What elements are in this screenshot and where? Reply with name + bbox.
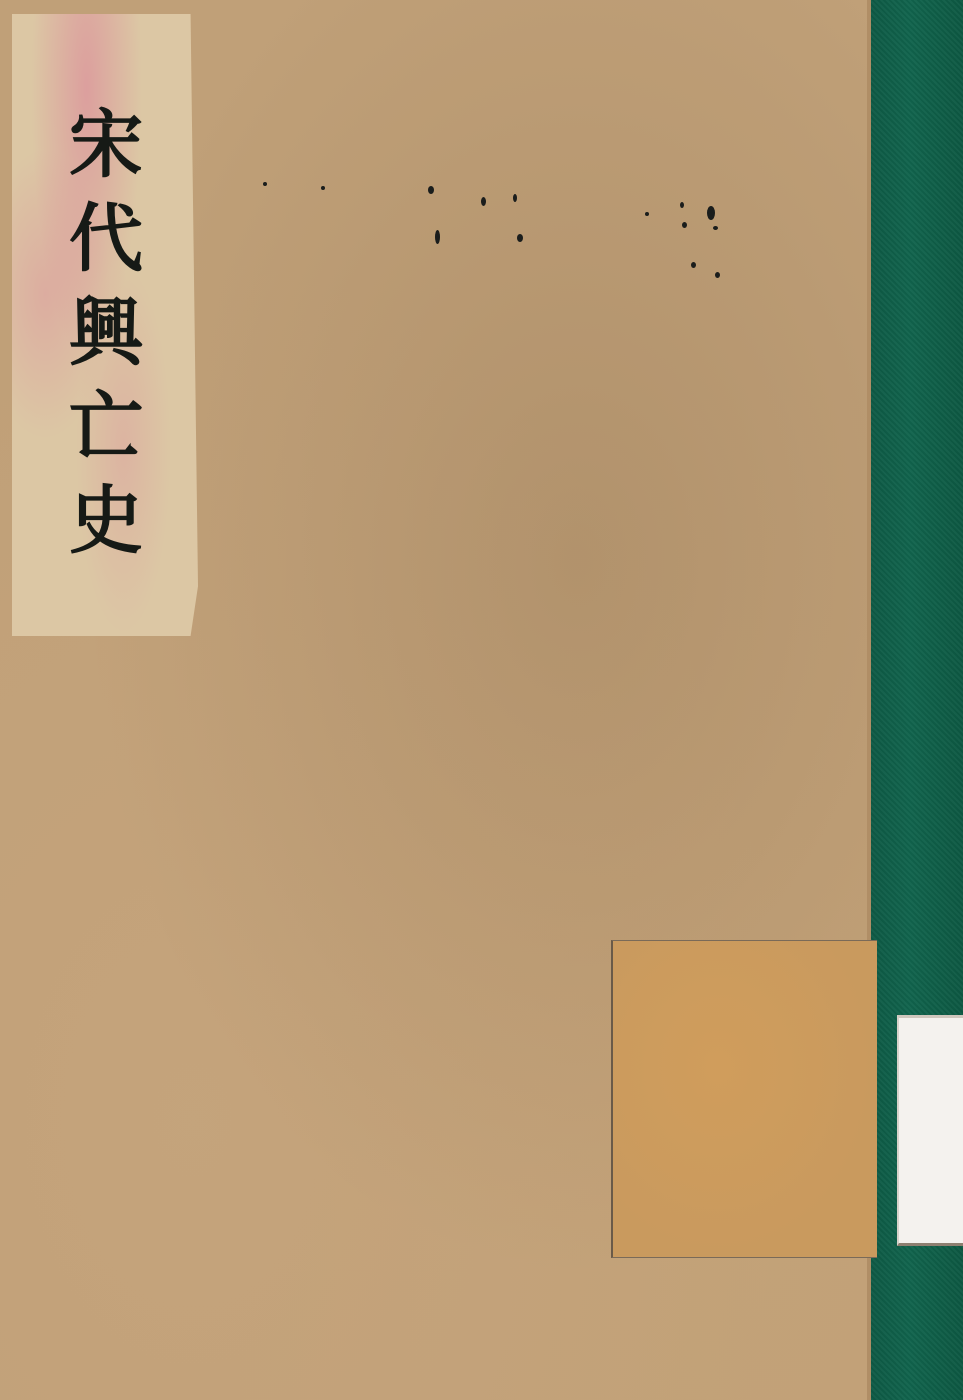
title-label: 宋 代 興 亡 史	[12, 14, 198, 636]
library-tape-patch	[611, 940, 877, 1258]
library-sticker	[897, 1015, 963, 1246]
title-char: 史	[69, 482, 143, 560]
title-char: 宋	[69, 106, 143, 184]
title-char: 亡	[69, 388, 143, 466]
book-title: 宋 代 興 亡 史	[69, 106, 143, 560]
title-char: 代	[69, 200, 143, 278]
faded-ink-marks	[255, 180, 735, 280]
book-cover: 宋 代 興 亡 史	[0, 0, 963, 1400]
title-char: 興	[69, 294, 143, 372]
